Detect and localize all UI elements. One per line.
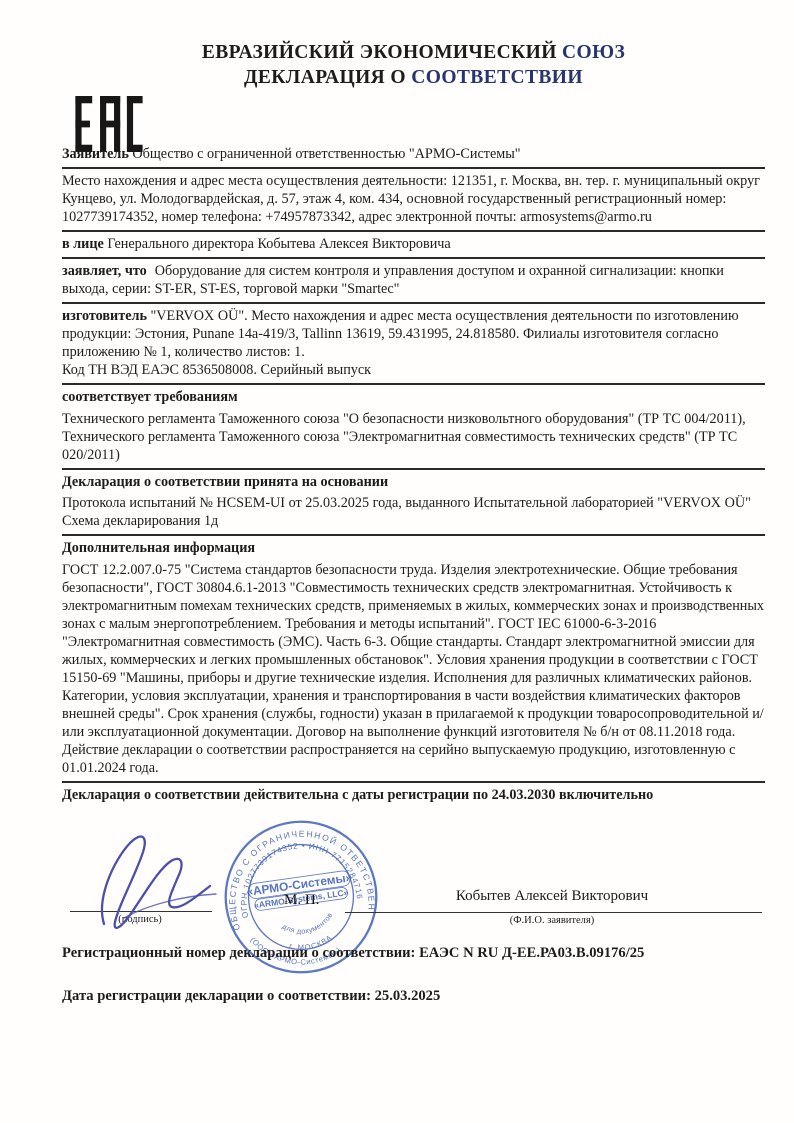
- additional-info-text: ГОСТ 12.2.007.0-75 "Система стандартов б…: [62, 561, 765, 777]
- title-union-black: ЕВРАЗИЙСКИЙ ЭКОНОМИЧЕСКИЙ: [202, 42, 557, 63]
- applicant-section: Заявитель Общество с ограниченной ответс…: [62, 142, 765, 169]
- additional-info-section: ГОСТ 12.2.007.0-75 "Система стандартов б…: [62, 558, 765, 783]
- declares-text: Оборудование для систем контроля и управ…: [62, 263, 724, 297]
- tnved-code-line: Код ТН ВЭД ЕАЭС 8536508008. Серийный вып…: [62, 361, 765, 379]
- address-text: Место нахождения и адрес места осуществл…: [62, 172, 765, 226]
- representative-section: в лице Генерального директора Кобытева А…: [62, 232, 765, 259]
- requirements-text: Технического регламента Таможенного союз…: [62, 410, 765, 464]
- document-title: ЕВРАЗИЙСКИЙ ЭКОНОМИЧЕСКИЙ СОЮЗ ДЕКЛАРАЦИ…: [62, 40, 765, 90]
- basis-header: Декларация о соответствии принята на осн…: [62, 470, 765, 491]
- basis-text: Протокола испытаний № HCSEM-UI от 25.03.…: [62, 494, 765, 512]
- signature-scribble: [94, 826, 234, 941]
- declaration-page: ЕВРАЗИЙСКИЙ ЭКОНОМИЧЕСКИЙ СОЮЗ ДЕКЛАРАЦИ…: [0, 0, 794, 1123]
- address-section: Место нахождения и адрес места осуществл…: [62, 169, 765, 232]
- applicant-label: Заявитель: [62, 146, 129, 162]
- name-line: [345, 912, 762, 913]
- additional-info-header: Дополнительная информация: [62, 536, 765, 558]
- signature-area: ОБЩЕСТВО С ОГРАНИЧЕННОЙ ОТВЕТСТВЕННОСТЬЮ…: [62, 808, 765, 941]
- manufacturer-label: изготовитель: [62, 308, 147, 324]
- basis-section: Протокола испытаний № HCSEM-UI от 25.03.…: [62, 491, 765, 536]
- title-decl-blue: СООТВЕТСТВИИ: [411, 67, 583, 88]
- registration-date-line: Дата регистрации декларации о соответств…: [62, 988, 765, 1005]
- manufacturer-text: изготовитель "VERVOX OÜ". Место нахожден…: [62, 307, 765, 361]
- validity-text: Декларация о соответствии действительна …: [62, 787, 653, 803]
- validity-section: Декларация о соответствии действительна …: [62, 783, 765, 808]
- applicant-signatory-name: Кобытев Алексей Викторович: [362, 888, 742, 905]
- representative-label: в лице: [62, 236, 104, 252]
- declares-label: заявляет, что: [62, 263, 147, 279]
- manufacturer-section: изготовитель "VERVOX OÜ". Место нахожден…: [62, 304, 765, 385]
- declaration-scheme-line: Схема декларирования 1д: [62, 512, 765, 530]
- name-caption: (Ф.И.О. заявителя): [362, 915, 742, 926]
- registration-date-value: 25.03.2025: [375, 988, 441, 1004]
- declaration-subject-section: заявляет, чтоОборудование для систем кон…: [62, 259, 765, 304]
- stamp-place-label: М. П.: [284, 892, 319, 909]
- requirements-header: соответствует требованиям: [62, 385, 765, 407]
- title-decl-black: ДЕКЛАРАЦИЯ О: [244, 67, 406, 88]
- title-union-blue: СОЮЗ: [562, 42, 625, 63]
- registration-date-label: Дата регистрации декларации о соответств…: [62, 988, 371, 1004]
- registration-number-line: Регистрационный номер декларации о соотв…: [62, 945, 765, 962]
- manufacturer-address-text: "VERVOX OÜ". Место нахождения и адрес ме…: [62, 308, 739, 360]
- applicant-name-text: Общество с ограниченной ответственностью…: [132, 146, 520, 162]
- registration-number-value: ЕАЭС N RU Д-EE.РА03.В.09176/25: [419, 945, 644, 961]
- requirements-section: Технического регламента Таможенного союз…: [62, 407, 765, 470]
- title-line-2: ДЕКЛАРАЦИЯ О СООТВЕТСТВИИ: [62, 65, 765, 90]
- title-line-1: ЕВРАЗИЙСКИЙ ЭКОНОМИЧЕСКИЙ СОЮЗ: [62, 40, 765, 65]
- representative-text: Генерального директора Кобытева Алексея …: [107, 236, 450, 252]
- registration-number-label: Регистрационный номер декларации о соотв…: [62, 945, 415, 961]
